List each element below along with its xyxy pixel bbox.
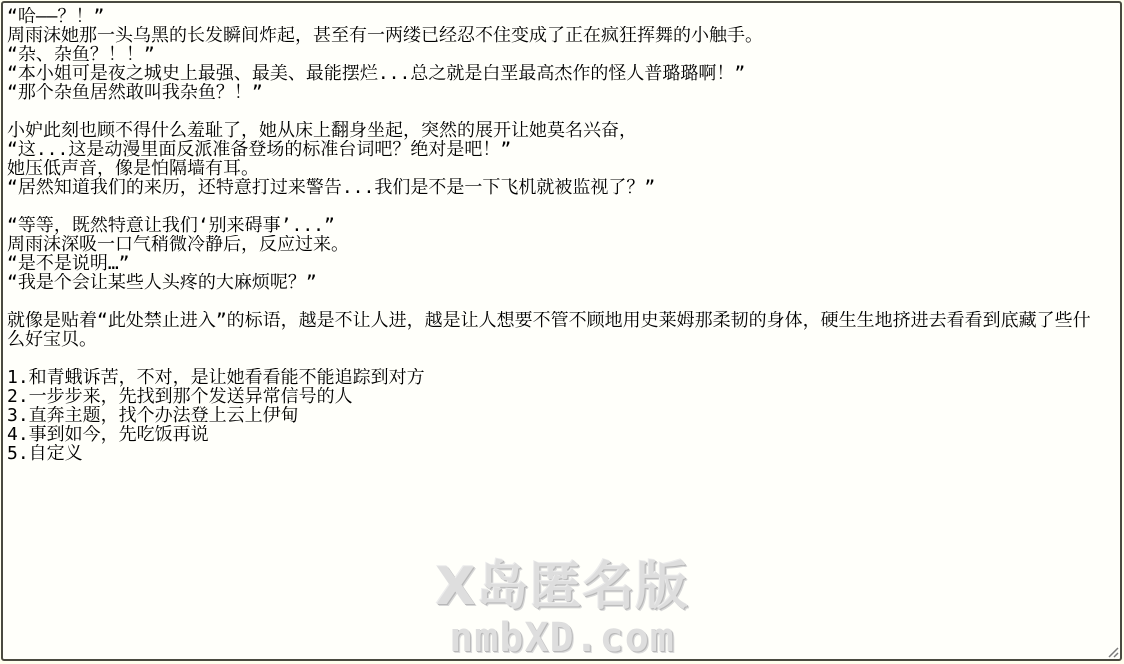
text-line-22: 3.直奔主题，找个办法登上云上伊甸 [7, 406, 1117, 425]
text-line-21: 2.一步步来，先找到那个发送异常信号的人 [7, 387, 1117, 406]
resize-grip-icon[interactable] [1105, 643, 1119, 657]
text-line-14: “是不是说明…” [7, 254, 1117, 273]
text-line-4: “本小姐可是夜之城史上最强、最美、最能摆烂...总之就是白垩最高杰作的怪人普璐璐… [7, 64, 1117, 83]
text-line-9: 她压低声音，像是怕隔墙有耳。 [7, 159, 1117, 178]
text-line-24: 5.自定义 [7, 444, 1117, 463]
text-line-12: “等等，既然特意让我们‘别来碍事’...” [7, 216, 1117, 235]
post-content-textarea[interactable]: “哈——？！”周雨沫她那一头乌黑的长发瞬间炸起，甚至有一两缕已经忍不住变成了正在… [1, 1, 1122, 661]
text-line-17: 就像是贴着“此处禁止进入”的标语，越是不让人进，越是让人想要不管不顾地用史莱姆那… [7, 311, 1117, 330]
text-line-7: 小妒此刻也顾不得什么羞耻了，她从床上翻身坐起，突然的展开让她莫名兴奋， [7, 121, 1117, 140]
text-line-8: “这...这是动漫里面反派准备登场的标准台词吧？绝对是吧！” [7, 140, 1117, 159]
page: “哈——？！”周雨沫她那一头乌黑的长发瞬间炸起，甚至有一两缕已经忍不住变成了正在… [0, 0, 1124, 664]
text-line-6 [7, 102, 1117, 121]
text-line-23: 4.事到如今，先吃饭再说 [7, 425, 1117, 444]
text-line-20: 1.和青蛾诉苦，不对，是让她看看能不能追踪到对方 [7, 368, 1117, 387]
post-text-content: “哈——？！”周雨沫她那一头乌黑的长发瞬间炸起，甚至有一两缕已经忍不住变成了正在… [7, 7, 1117, 463]
text-line-13: 周雨沫深吸一口气稍微冷静后，反应过来。 [7, 235, 1117, 254]
text-line-10: “居然知道我们的来历，还特意打过来警告...我们是不是一下飞机就被监视了？” [7, 178, 1117, 197]
text-line-3: “杂、杂鱼？！！” [7, 45, 1117, 64]
text-line-2: 周雨沫她那一头乌黑的长发瞬间炸起，甚至有一两缕已经忍不住变成了正在疯狂挥舞的小触… [7, 26, 1117, 45]
text-line-15: “我是个会让某些人头疼的大麻烦呢？” [7, 273, 1117, 292]
text-line-1: “哈——？！” [7, 7, 1117, 26]
text-line-5: “那个杂鱼居然敢叫我杂鱼？！” [7, 83, 1117, 102]
text-line-11 [7, 197, 1117, 216]
text-line-18: 么好宝贝。 [7, 330, 1117, 349]
text-line-16 [7, 292, 1117, 311]
text-line-19 [7, 349, 1117, 368]
